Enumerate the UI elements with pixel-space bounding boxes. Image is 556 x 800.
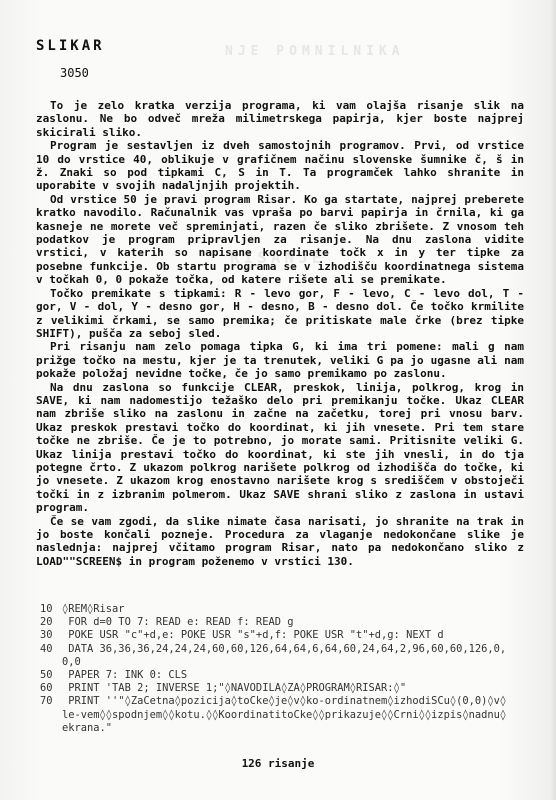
paragraph: To je zelo kratka verzija programa, ki v… [36,99,524,139]
paragraph: Če se vam zgodi, da slike nimate časa na… [36,515,524,569]
line-code: POKE USR "c"+d,e: POKE USR "s"+d,f: POKE… [62,629,510,642]
line-code: FOR d=0 TO 7: READ e: READ f: READ g [62,616,510,629]
basic-listing: 10◊REM◊Risar 20 FOR d=0 TO 7: READ e: RE… [40,603,510,735]
paragraph: Pri risanju nam zelo pomaga tipka G, ki … [36,340,524,380]
line-number: 20 [40,616,62,629]
paragraph: Točko premikate s tipkami: R - levo gor,… [36,287,524,341]
line-number: 50 [40,669,62,682]
listing-line: 10◊REM◊Risar [40,603,510,616]
line-code: PRINT ''"◊ZaCetna◊pozicija◊toCke◊je◊v◊ko… [62,695,510,735]
listing-line: 60 PRINT 'TAB 2; INVERSE 1;"◊NAVODILA◊ZA… [40,682,510,695]
program-title: SLIKAR [36,38,105,54]
listing-line: 30 POKE USR "c"+d,e: POKE USR "s"+d,f: P… [40,629,510,642]
line-number: 30 [40,629,62,642]
line-number: 60 [40,682,62,695]
article-body: To je zelo kratka verzija programa, ki v… [36,99,524,568]
line-number: 40 [40,643,62,669]
program-number: 3050 [60,66,89,80]
line-number: 10 [40,603,62,616]
page-footer: 126 risanje [0,757,556,770]
book-page: NJE POMNILNIKA RISANJE SLIKAR 3050 To je… [0,0,556,800]
listing-line: 40 DATA 36,36,36,24,24,24,60,60,126,64,6… [40,643,510,669]
paragraph: Na dnu zaslona so funkcije CLEAR, presko… [36,381,524,515]
line-number: 70 [40,695,62,735]
paragraph: Od vrstice 50 je pravi program Risar. Ko… [36,193,524,287]
show-through-heading: NJE POMNILNIKA [225,44,405,59]
line-code: DATA 36,36,36,24,24,24,60,60,126,64,64,6… [62,643,510,669]
line-code: PRINT 'TAB 2; INVERSE 1;"◊NAVODILA◊ZA◊PR… [62,682,510,695]
line-code: ◊REM◊Risar [62,603,510,616]
listing-line: 50 PAPER 7: INK 0: CLS [40,669,510,682]
listing-line: 70 PRINT ''"◊ZaCetna◊pozicija◊toCke◊je◊v… [40,695,510,735]
listing-line: 20 FOR d=0 TO 7: READ e: READ f: READ g [40,616,510,629]
page-edge-shadow [550,0,556,800]
paragraph: Program je sestavljen iz dveh samostojni… [36,139,524,193]
line-code: PAPER 7: INK 0: CLS [62,669,510,682]
